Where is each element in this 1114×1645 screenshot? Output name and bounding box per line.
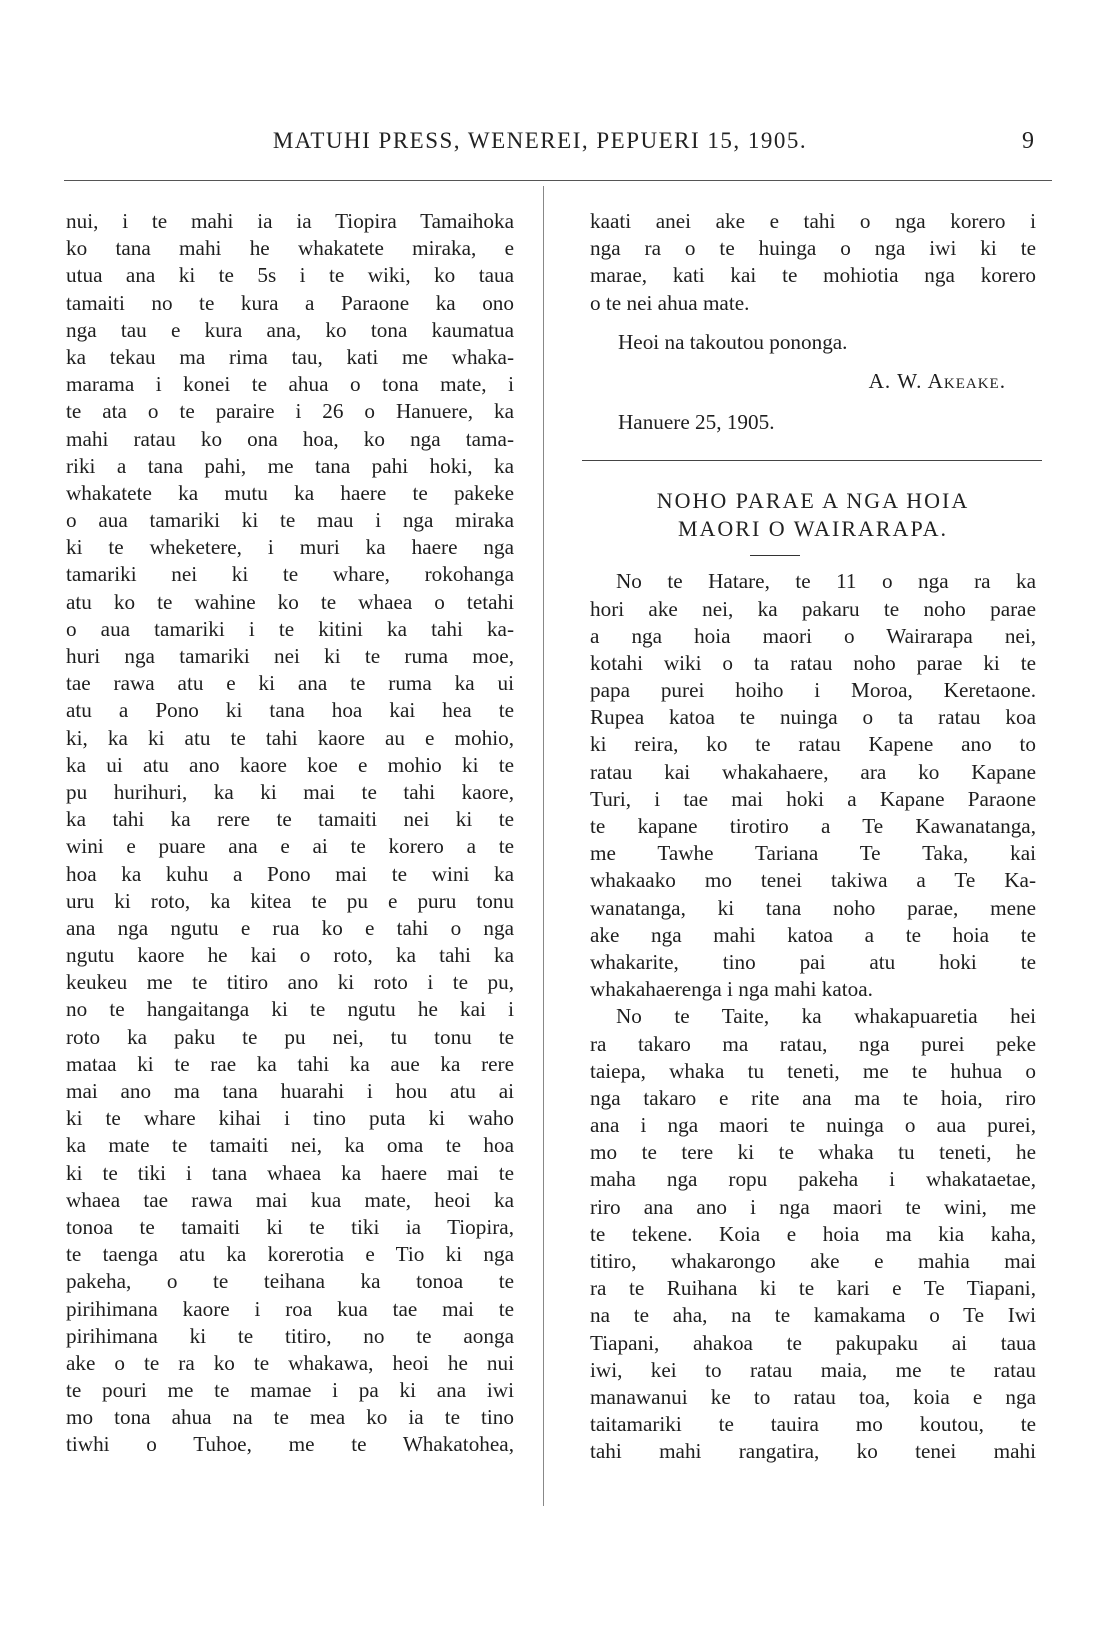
text-line: titiro, whakarongo ake e mahia mai <box>590 1248 1036 1275</box>
column-divider <box>543 186 544 1506</box>
text-line: mataa ki te rae ka tahi ka aue ka rere <box>66 1051 514 1078</box>
text-line: No te Taite, ka whakapuaretia hei <box>590 1003 1036 1030</box>
text-line: ki, ka ki atu te tahi kaore au e mohio, <box>66 725 514 752</box>
text-line: Tiapani, ahakoa te pakupaku ai taua <box>590 1330 1036 1357</box>
text-line: o aua tamariki i te kitini ka tahi ka- <box>66 616 514 643</box>
letter-closing: Heoi na takoutou pononga. <box>590 329 1036 356</box>
text-line: te kapane tirotiro a Te Kawanatanga, <box>590 813 1036 840</box>
text-line: tonoa te tamaiti ki te tiki ia Tiopira, <box>66 1214 514 1241</box>
headline-line: MAORI O WAIRARAPA. <box>590 515 1036 543</box>
text-line: ka tahi ka rere te tamaiti nei ki te <box>66 806 514 833</box>
text-line: taitamariki te tauira mo koutou, te <box>590 1411 1036 1438</box>
text-line: atu a Pono ki tana hoa kai hea te <box>66 697 514 724</box>
text-line: pakeha, o te teihana ka tonoa te <box>66 1268 514 1295</box>
text-line: te ata o te paraire i 26 o Hanuere, ka <box>66 398 514 425</box>
article-paragraph-1: No te Hatare, te 11 o nga ra kahori ake … <box>590 568 1036 1003</box>
text-line: keukeu me te titiro ano ki roto i te pu, <box>66 969 514 996</box>
text-line: mo te tere ki te whaka tu teneti, he <box>590 1139 1036 1166</box>
text-line: Turi, i tae mai hoki a Kapane Paraone <box>590 786 1036 813</box>
text-line: pu hurihuri, ka ki mai te tahi kaore, <box>66 779 514 806</box>
text-line: kotahi wiki o ta ratau noho parae ki te <box>590 650 1036 677</box>
text-line: na te aha, na te kamakama o Te Iwi <box>590 1302 1036 1329</box>
text-line: nga ra o te huinga o nga iwi ki te <box>590 235 1036 262</box>
text-line: ka ui atu ano kaore koe e mohio ki te <box>66 752 514 779</box>
text-line: nui, i te mahi ia ia Tiopira Tamaihoka <box>66 208 514 235</box>
text-line: wanatanga, ki tana noho parae, mene <box>590 895 1036 922</box>
letter-date: Hanuere 25, 1905. <box>590 409 1036 436</box>
text-line: hori ake nei, ka pakaru te noho parae <box>590 596 1036 623</box>
text-line: te pouri me te mamae i pa ki ana iwi <box>66 1377 514 1404</box>
text-line: pirihimana ki te titiro, no te aonga <box>66 1323 514 1350</box>
text-line: nga takaro e rite ana ma te hoia, riro <box>590 1085 1036 1112</box>
text-line: ake nga mahi katoa a te hoia te <box>590 922 1036 949</box>
text-line: hoa ka kuhu a Pono mai te wini ka <box>66 861 514 888</box>
text-line: whaea tae rawa mai kua mate, heoi ka <box>66 1187 514 1214</box>
article-headline: NOHO PARAE A NGA HOIA MAORI O WAIRARAPA. <box>590 487 1036 543</box>
text-line: manawanui ke to ratau toa, koia e nga <box>590 1384 1036 1411</box>
text-line: marama i konei te ahua o tona mate, i <box>66 371 514 398</box>
text-line: tahi mahi rangatira, ko tenei mahi <box>590 1438 1036 1465</box>
text-line: papa purei hoiho i Moroa, Keretaone. <box>590 677 1036 704</box>
right-column: kaati anei ake e tahi o nga korero inga … <box>590 208 1036 1466</box>
text-line: mo tona ahua na te mea ko ia te tino <box>66 1404 514 1431</box>
headline-rule <box>750 555 800 556</box>
text-line: tamariki nei ki te whare, rokohanga <box>66 561 514 588</box>
text-line: ki te tiki i tana whaea ka haere mai te <box>66 1160 514 1187</box>
text-line: whakahaerenga i nga mahi katoa. <box>590 976 1036 1003</box>
letter-ending: kaati anei ake e tahi o nga korero inga … <box>590 208 1036 317</box>
text-line: a nga hoia maori o Wairarapa nei, <box>590 623 1036 650</box>
article-paragraph-2: No te Taite, ka whakapuaretia heira taka… <box>590 1003 1036 1465</box>
text-line: iwi, kei to ratau maia, me te ratau <box>590 1357 1036 1384</box>
text-line: utua ana ki te 5s i te wiki, ko taua <box>66 262 514 289</box>
text-line: ko tana mahi he whakatete miraka, e <box>66 235 514 262</box>
text-line: nga tau e kura ana, ko tona kaumatua <box>66 317 514 344</box>
text-line: whakatete ka mutu ka haere te pakeke <box>66 480 514 507</box>
left-column: nui, i te mahi ia ia Tiopira Tamaihokako… <box>66 208 514 1459</box>
headline-line: NOHO PARAE A NGA HOIA <box>590 487 1036 515</box>
text-line: No te Hatare, te 11 o nga ra ka <box>590 568 1036 595</box>
text-line: ana i nga maori te nuinga o aua purei, <box>590 1112 1036 1139</box>
text-line: ra takaro ma ratau, nga purei peke <box>590 1031 1036 1058</box>
letter-signature: A. W. Akeake. <box>590 368 1036 395</box>
text-line: ki te wheketere, i muri ka haere nga <box>66 534 514 561</box>
text-line: kaati anei ake e tahi o nga korero i <box>590 208 1036 235</box>
text-line: huri nga tamariki nei ki te ruma moe, <box>66 643 514 670</box>
text-line: tiwhi o Tuhoe, me te Whakatohea, <box>66 1431 514 1458</box>
text-line: o te nei ahua mate. <box>590 290 1036 317</box>
text-line: riki a tana pahi, me tana pahi hoki, ka <box>66 453 514 480</box>
text-line: ka mate te tamaiti nei, ka oma te hoa <box>66 1132 514 1159</box>
text-line: ka tekau ma rima tau, kati me whaka- <box>66 344 514 371</box>
text-line: ra te Ruihana ki te kari e Te Tiapani, <box>590 1275 1036 1302</box>
text-line: roto ka paku te pu nei, tu tonu te <box>66 1024 514 1051</box>
text-line: Rupea katoa te nuinga o ta ratau koa <box>590 704 1036 731</box>
text-line: te taenga atu ka korerotia e Tio ki nga <box>66 1241 514 1268</box>
page-number: 9 <box>1022 128 1034 155</box>
header-divider <box>64 180 1052 181</box>
newspaper-masthead: MATUHI PRESS, WENEREI, PEPUERI 15, 1905. <box>180 128 900 154</box>
text-line: ake o te ra ko te whakawa, heoi he nui <box>66 1350 514 1377</box>
text-line: ratau kai whakahaere, ara ko Kapane <box>590 759 1036 786</box>
text-line: whakaako mo tenei takiwa a Te Ka- <box>590 867 1036 894</box>
text-line: mahi ratau ko ona hoa, ko nga tama- <box>66 426 514 453</box>
text-line: ki te whare kihai i tino puta ki waho <box>66 1105 514 1132</box>
section-divider <box>582 460 1042 461</box>
text-line: te tekene. Koia e hoia ma kia kaha, <box>590 1221 1036 1248</box>
text-line: tae rawa atu e ki ana te ruma ka ui <box>66 670 514 697</box>
text-line: no te hangaitanga ki te ngutu he kai i <box>66 996 514 1023</box>
text-line: riro ana ano i nga maori te wini, me <box>590 1194 1036 1221</box>
page-header: MATUHI PRESS, WENEREI, PEPUERI 15, 1905.… <box>0 128 1114 168</box>
text-line: taiepa, whaka tu teneti, me te huhua o <box>590 1058 1036 1085</box>
text-line: wini e puare ana e ai te korero a te <box>66 833 514 860</box>
text-line: maha nga ropu pakeha i whakataetae, <box>590 1166 1036 1193</box>
text-line: ki reira, ko te ratau Kapene ano to <box>590 731 1036 758</box>
text-line: me Tawhe Tariana Te Taka, kai <box>590 840 1036 867</box>
text-line: whakarite, tino pai atu hoki te <box>590 949 1036 976</box>
text-line: marae, kati kai te mohiotia nga korero <box>590 262 1036 289</box>
text-line: ana nga ngutu e rua ko e tahi o nga <box>66 915 514 942</box>
text-line: tamaiti no te kura a Paraone ka ono <box>66 290 514 317</box>
text-line: uru ki roto, ka kitea te pu e puru tonu <box>66 888 514 915</box>
text-line: mai ano ma tana huarahi i hou atu ai <box>66 1078 514 1105</box>
text-line: ngutu kaore he kai o roto, ka tahi ka <box>66 942 514 969</box>
text-line: atu ko te wahine ko te whaea o tetahi <box>66 589 514 616</box>
text-line: o aua tamariki ki te mau i nga miraka <box>66 507 514 534</box>
text-line: pirihimana kaore i roa kua tae mai te <box>66 1296 514 1323</box>
